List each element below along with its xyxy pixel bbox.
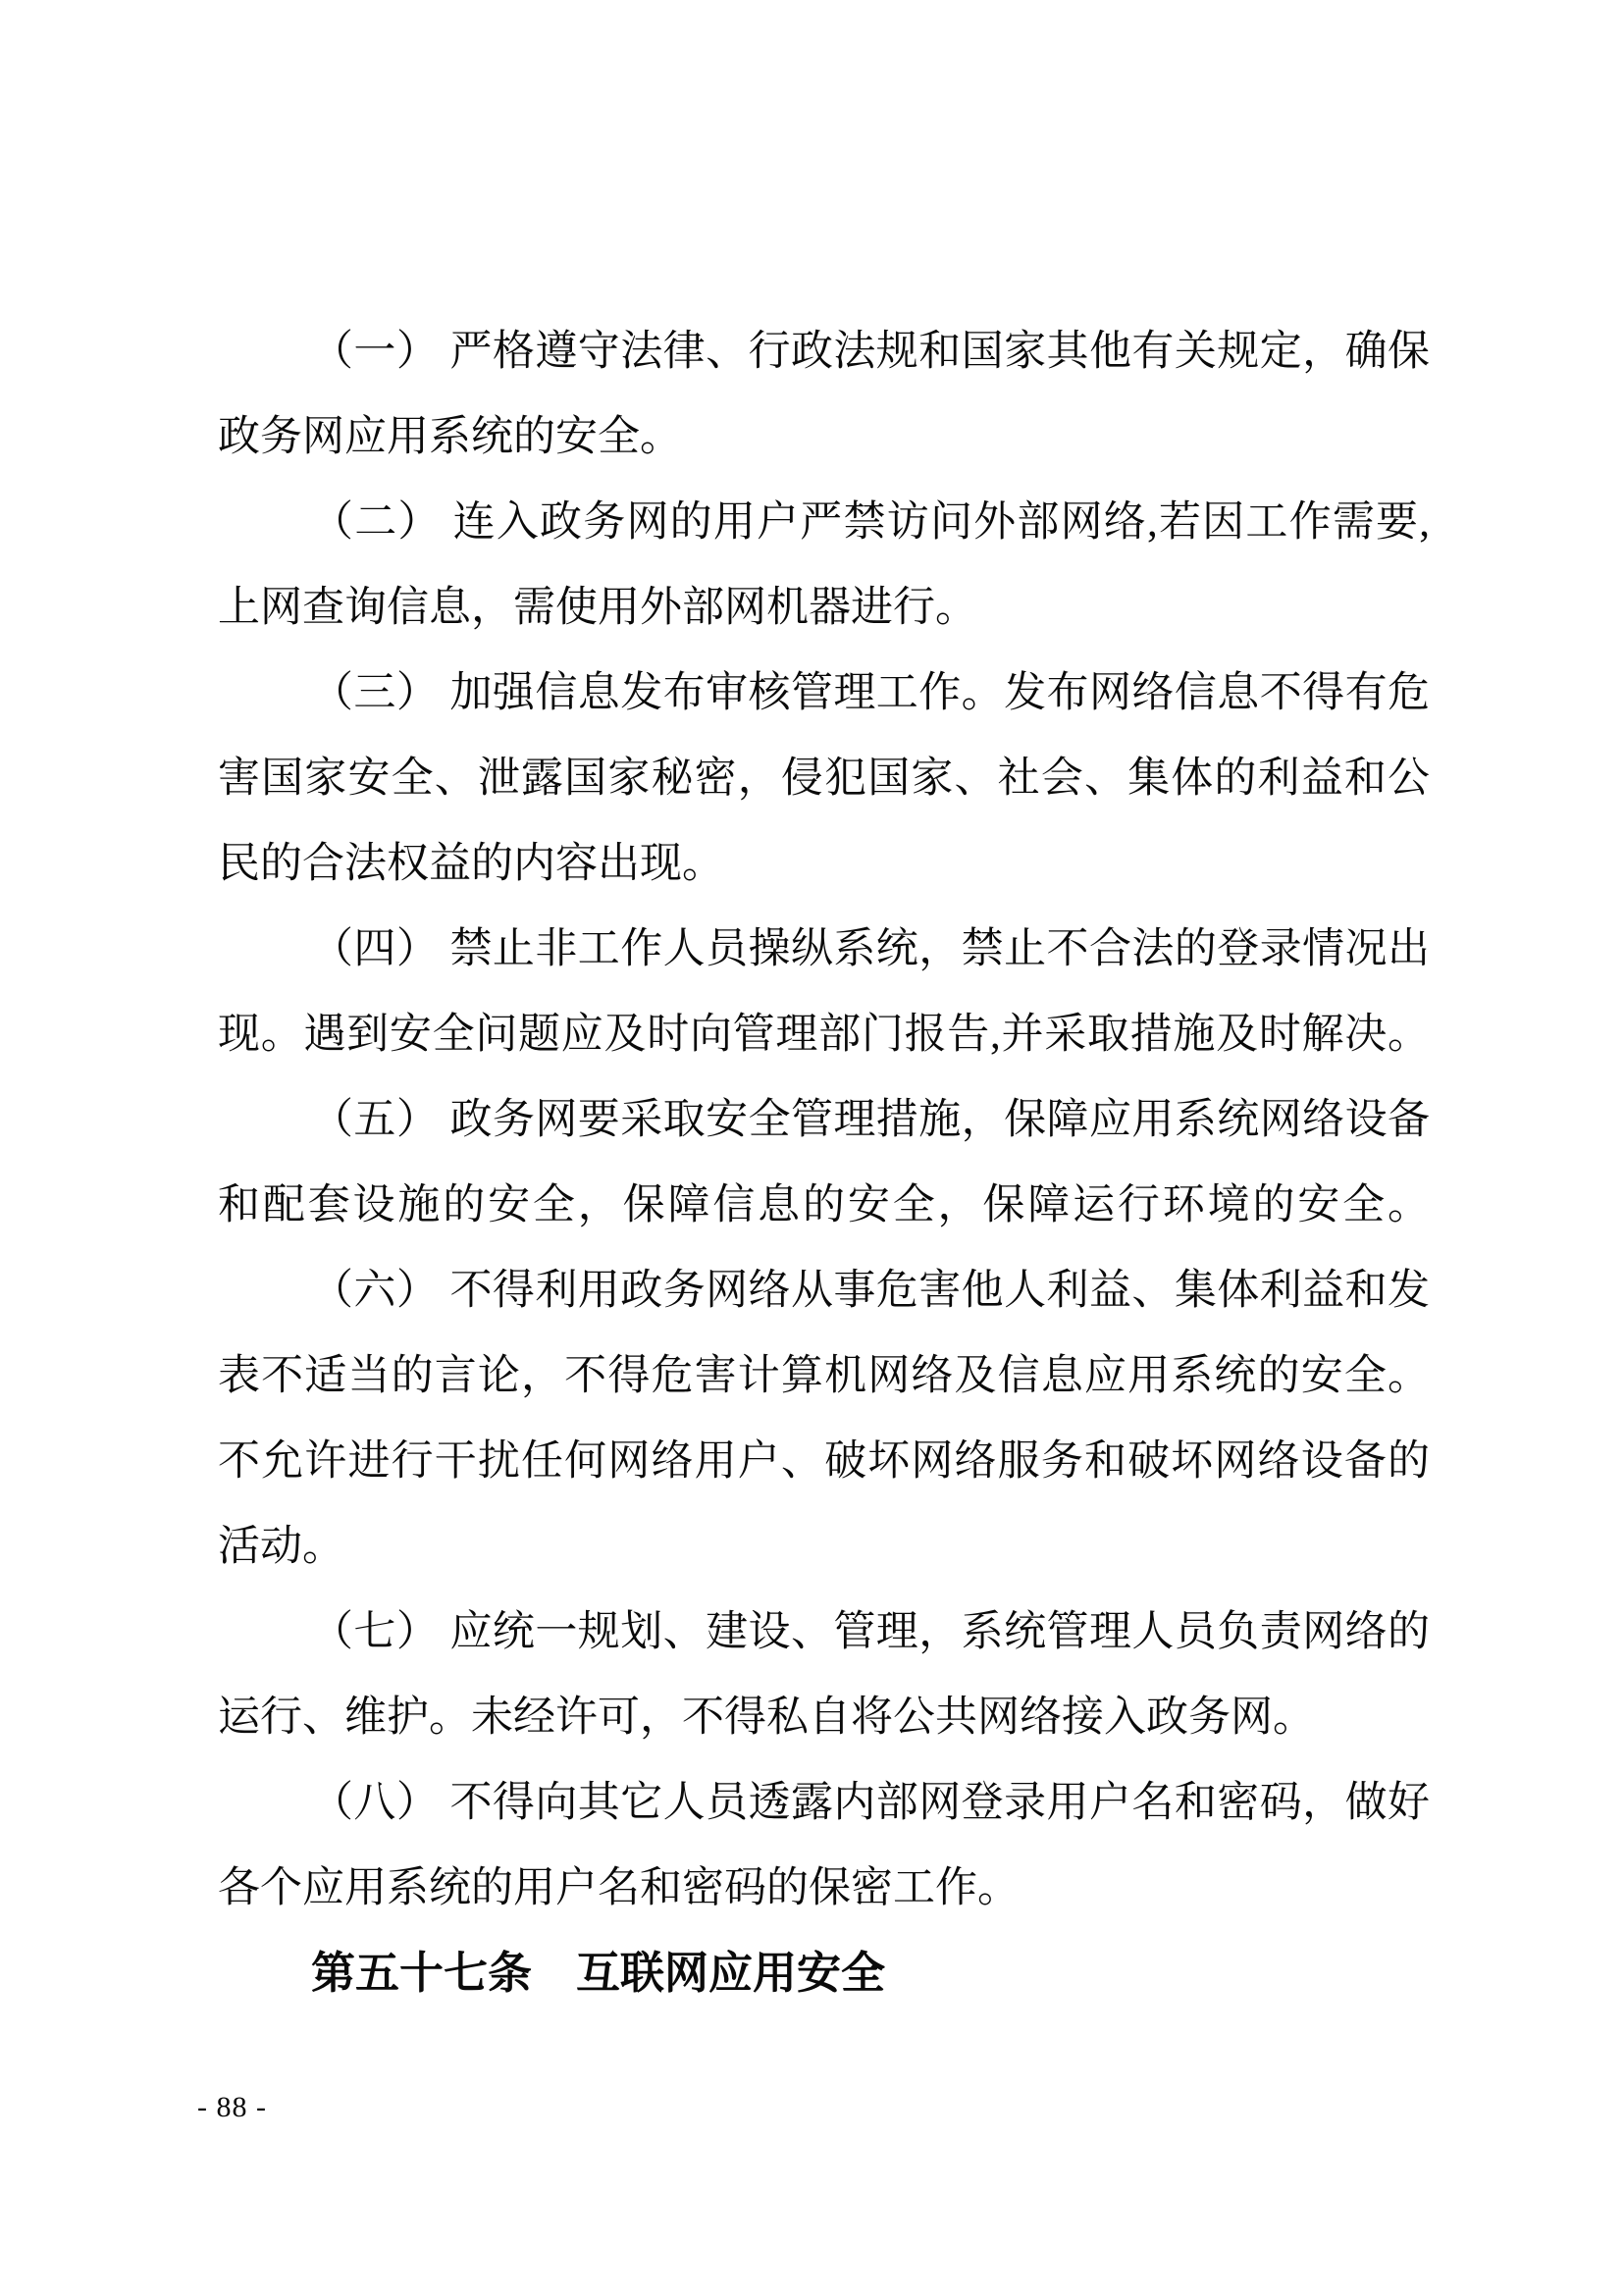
document-page: （一） 严格遵守法律、行政法规和国家其他有关规定，确保政务网应用系统的安全。（二…: [0, 0, 1624, 2296]
text-block: （一） 严格遵守法律、行政法规和国家其他有关规定，确保政务网应用系统的安全。（二…: [218, 309, 1430, 2016]
text-line: 各个应用系统的用户名和密码的保密工作。: [218, 1846, 1430, 1931]
text-line: 上网查询信息，需使用外部网机器进行。: [218, 565, 1430, 651]
text-line: 不允许进行干扰任何网络用户、破坏网络服务和破坏网络设备的: [218, 1419, 1430, 1504]
text-line: 政务网应用系统的安全。: [218, 394, 1430, 480]
text-line: （四） 禁止非工作人员操纵系统，禁止不合法的登录情况出: [218, 907, 1430, 992]
text-line: （七） 应统一规划、建设、管理，系统管理人员负责网络的: [218, 1590, 1430, 1675]
text-line: （六） 不得利用政务网络从事危害他人利益、集体利益和发: [218, 1248, 1430, 1333]
section-heading: 第五十七条 互联网应用安全: [218, 1931, 1430, 2016]
text-line: （一） 严格遵守法律、行政法规和国家其他有关规定，确保: [218, 309, 1430, 394]
text-line: 和配套设施的安全，保障信息的安全，保障运行环境的安全。: [218, 1163, 1430, 1248]
text-line: 表不适当的言论，不得危害计算机网络及信息应用系统的安全。: [218, 1333, 1430, 1419]
text-line: （五） 政务网要采取安全管理措施，保障应用系统网络设备: [218, 1077, 1430, 1163]
text-line: 害国家安全、泄露国家秘密，侵犯国家、社会、集体的利益和公: [218, 736, 1430, 821]
text-line: 运行、维护。未经许可，不得私自将公共网络接入政务网。: [218, 1675, 1430, 1760]
text-line: 现。遇到安全问题应及时向管理部门报告,并采取措施及时解决。: [218, 992, 1430, 1077]
text-line: 民的合法权益的内容出现。: [218, 821, 1430, 907]
text-line: 活动。: [218, 1504, 1430, 1590]
text-line: （二） 连入政务网的用户严禁访问外部网络,若因工作需要,: [218, 480, 1430, 565]
page-number: - 88 -: [197, 2086, 267, 2129]
text-line: （八） 不得向其它人员透露内部网登录用户名和密码，做好: [218, 1760, 1430, 1846]
text-line: （三） 加强信息发布审核管理工作。发布网络信息不得有危: [218, 651, 1430, 736]
